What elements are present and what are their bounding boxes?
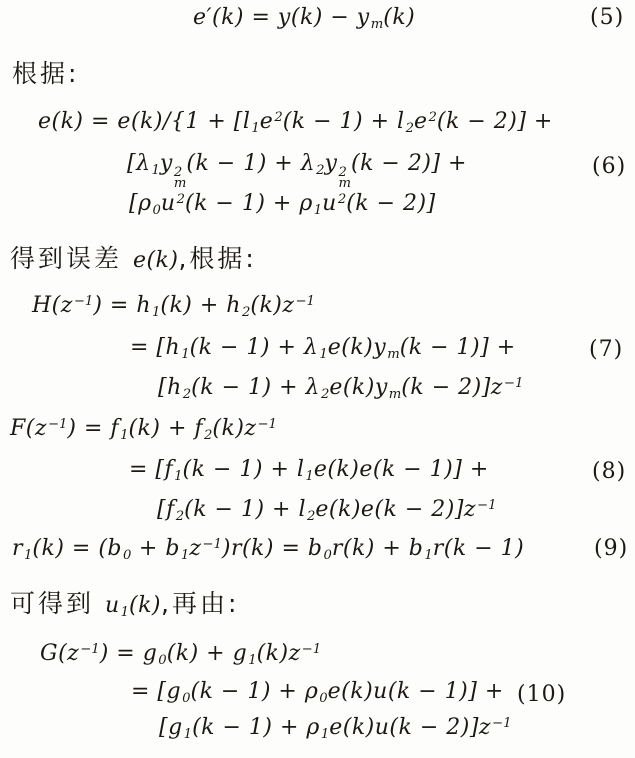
equation-5-number: (5) bbox=[590, 4, 624, 32]
text-obtain-u1-math: u1(k) bbox=[105, 593, 161, 618]
equation-8-line-3: [f2(k − 1) + l2e(k)e(k − 2)]z−1 bbox=[157, 496, 496, 525]
equation-9-number: (9) bbox=[594, 535, 628, 563]
equation-7-line-2: = [h1(k − 1) + λ1e(k)ym(k − 1)] + bbox=[130, 334, 516, 363]
text-obtain-error: 得到误差 e(k),根据: bbox=[10, 243, 257, 275]
equation-10-number: (10) bbox=[517, 681, 566, 709]
equation-6-line-1: e(k) = e(k)/{1 + [l1e2(k − 1) + l2e2(k −… bbox=[38, 108, 553, 137]
equation-6-number: (6) bbox=[592, 153, 626, 181]
scanned-paper-page: e′(k) = y(k) − ym(k) (5) 根据: e(k) = e(k)… bbox=[0, 0, 635, 758]
text-obtain-error-prefix: 得到误差 bbox=[10, 244, 133, 273]
text-obtain-u1: 可得到 u1(k),再由: bbox=[10, 588, 239, 621]
equation-8-number: (8) bbox=[592, 458, 626, 486]
equation-10-line-3: [g1(k − 1) + ρ1e(k)u(k − 2)]z−1 bbox=[159, 714, 511, 743]
text-obtain-error-math: e(k) bbox=[133, 248, 179, 273]
text-according-to: 根据: bbox=[12, 58, 79, 89]
equation-10-line-1: G(z−1) = g0(k) + g1(k)z−1 bbox=[40, 640, 321, 669]
equation-8-line-1: F(z−1) = f1(k) + f2(k)z−1 bbox=[10, 415, 277, 444]
equation-8-line-2: = [f1(k − 1) + l1e(k)e(k − 1)] + bbox=[129, 456, 489, 485]
equation-7-line-1: H(z−1) = h1(k) + h2(k)z−1 bbox=[32, 292, 315, 321]
equation-6-line-2: [λ1y2m(k − 1) + λ2y2m(k − 2)] + bbox=[127, 150, 467, 189]
text-obtain-u1-prefix: 可得到 bbox=[10, 589, 105, 618]
equation-6-line-3: [ρ0u2(k − 1) + ρ1u2(k − 2)] bbox=[129, 190, 436, 219]
equation-5-line-1: e′(k) = y(k) − ym(k) bbox=[193, 4, 415, 33]
equation-10-line-2: = [g0(k − 1) + ρ0e(k)u(k − 1)] + bbox=[131, 678, 504, 707]
text-obtain-u1-suffix: ,再由: bbox=[161, 589, 239, 618]
equation-9-line-1: r1(k) = (b0 + b1z−1)r(k) = b0r(k) + b1r(… bbox=[12, 535, 524, 564]
text-obtain-error-suffix: ,根据: bbox=[178, 244, 256, 273]
equation-7-number: (7) bbox=[589, 336, 623, 364]
equation-7-line-3: [h2(k − 1) + λ2e(k)ym(k − 2)]z−1 bbox=[158, 374, 523, 403]
